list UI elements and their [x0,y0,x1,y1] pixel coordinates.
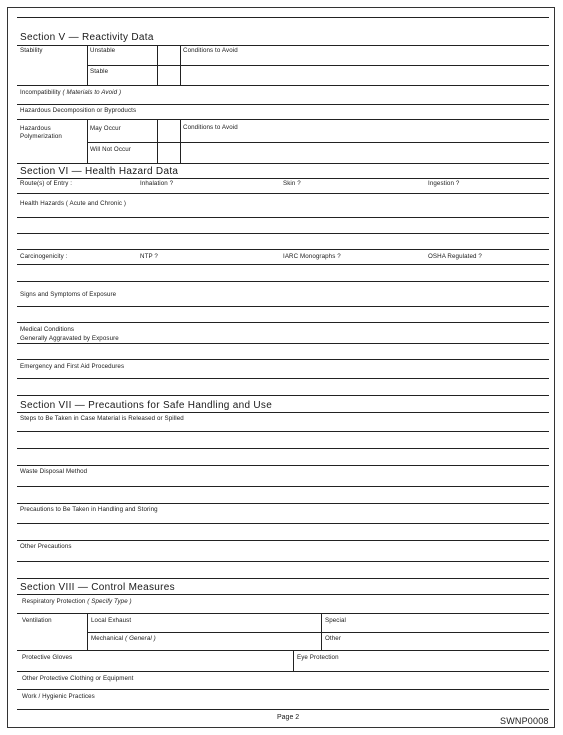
top-rule [17,17,549,18]
section-v-rule [17,45,549,46]
routes-of-entry-label: Route(s) of Entry : [20,180,72,187]
medical-rule [17,343,549,344]
respiratory-rule [17,613,549,614]
conditions-to-avoid-label-2: Conditions to Avoid [183,124,238,131]
unstable-checkbox-field[interactable] [158,46,180,65]
polymerization-col-divider-2 [157,119,158,163]
other-protective-clothing-label: Other Protective Clothing or Equipment [22,675,133,682]
emergency-first-aid-field[interactable] [17,371,549,395]
ingestion-label: Ingestion ? [428,180,459,187]
polymerization-conditions-field[interactable] [181,132,549,161]
skin-field[interactable] [305,179,420,191]
stability-label: Stability [20,47,43,54]
stable-checkbox-field[interactable] [158,66,180,85]
steps-line-2 [17,448,549,449]
health-hazards-line-2 [17,233,549,234]
ntp-label: NTP ? [140,253,158,260]
section-vii-title: Section VII — Precautions for Safe Handl… [20,400,272,411]
protective-gloves-field[interactable] [17,661,291,670]
health-hazards-line-3 [17,249,549,250]
hazardous-polymerization-label-1: Hazardous [20,125,51,132]
health-hazards-field[interactable] [17,208,549,248]
emergency-first-aid-label: Emergency and First Aid Procedures [20,363,124,370]
handling-storing-label: Precautions to Be Taken in Handling and … [20,506,158,513]
carcinogenicity-rule [17,264,549,265]
other-precautions-line-2 [17,578,549,579]
ntp-field[interactable] [165,251,275,263]
section-v-title: Section V — Reactivity Data [20,32,154,43]
work-hygienic-rule [17,709,549,710]
section-vii-rule [17,412,549,413]
other-precautions-field[interactable] [17,551,549,577]
carcinogenicity-label: Carcinogenicity : [20,253,67,260]
steps-line-3 [17,465,549,466]
signs-line-2 [17,322,549,323]
handling-line-1 [17,523,549,524]
mechanical-field[interactable] [89,642,319,649]
signs-symptoms-field[interactable] [17,299,549,321]
inhalation-field[interactable] [180,179,275,191]
stability-col-divider-2 [157,45,158,85]
waste-disposal-label: Waste Disposal Method [20,468,87,475]
stability-col-divider-3 [180,45,181,85]
other-precautions-line-1 [17,561,549,562]
waste-line-2 [17,503,549,504]
gloves-eye-divider [293,650,294,671]
clothing-rule [17,689,549,690]
local-exhaust-field[interactable] [89,624,319,632]
other-ventilation-label: Other [325,635,341,642]
stability-col-divider-1 [87,45,88,85]
ventilation-col-divider-2 [321,613,322,650]
carcinogenicity-line-2 [17,281,549,282]
stable-label: Stable [90,68,108,75]
special-label: Special [325,617,346,624]
polymerization-col-divider-3 [180,119,181,163]
stability-bottom-rule [17,85,549,86]
eye-protection-field[interactable] [295,661,549,670]
medical-conditions-field[interactable] [150,324,549,358]
osha-regulated-label: OSHA Regulated ? [428,253,482,260]
iarc-field[interactable] [355,251,425,263]
health-hazards-label: Health Hazards ( Acute and Chronic ) [20,200,126,207]
emergency-rule [17,378,549,379]
ventilation-bottom-rule [17,650,549,651]
protective-gloves-label: Protective Gloves [22,654,72,661]
medical-conditions-label-2: Generally Aggravated by Exposure [20,335,119,342]
hazardous-decomposition-label: Hazardous Decomposition or Byproducts [20,107,136,114]
unstable-label: Unstable [90,47,115,54]
ventilation-col-divider [87,613,88,650]
gloves-rule [17,671,549,672]
local-exhaust-rule [87,632,549,633]
respiratory-protection-label: Respiratory Protection ( Specify Type ) [22,598,132,605]
polymerization-col-divider-1 [87,119,88,163]
page-number: Page 2 [277,714,299,721]
hazardous-polymerization-label-2: Polymerization [20,133,62,140]
section-viii-rule [17,594,549,595]
medical-line-2 [17,359,549,360]
steps-spill-field[interactable] [17,423,549,465]
handling-line-2 [17,540,549,541]
local-exhaust-label: Local Exhaust [91,617,131,624]
may-occur-checkbox-field[interactable] [158,120,180,140]
hazardous-decomposition-field[interactable] [150,105,549,118]
eye-protection-label: Eye Protection [297,654,339,661]
polymerization-bottom-rule [17,163,549,164]
waste-line-1 [17,486,549,487]
signs-rule [17,306,549,307]
will-not-occur-checkbox-field[interactable] [158,143,180,162]
work-hygienic-label: Work / Hygienic Practices [22,693,95,700]
decomposition-rule [17,119,549,120]
form-code: SWNP0008 [500,716,549,726]
other-precautions-label: Other Precautions [20,543,72,550]
work-hygienic-field[interactable] [17,700,549,708]
signs-symptoms-label: Signs and Symptoms of Exposure [20,291,116,298]
osha-field[interactable] [495,251,549,263]
ventilation-label: Ventilation [22,617,52,624]
special-field[interactable] [323,624,549,632]
emergency-line-2 [17,395,549,396]
steps-line-1 [17,431,549,432]
medical-conditions-label-1: Medical Conditions [20,326,74,333]
conditions-to-avoid-label: Conditions to Avoid [183,47,238,54]
steps-spill-label: Steps to Be Taken in Case Material is Re… [20,415,184,422]
section-viii-title: Section VIII — Control Measures [20,582,175,593]
will-not-occur-label: Will Not Occur [90,146,131,153]
other-ventilation-field[interactable] [323,642,549,649]
iarc-monographs-label: IARC Monographs ? [283,253,341,260]
incompatibility-field[interactable] [17,96,549,104]
health-hazards-line-1 [17,217,549,218]
may-occur-label: May Occur [90,125,121,132]
stability-conditions-field[interactable] [181,55,549,84]
section-vi-title: Section VI — Health Hazard Data [20,166,178,177]
waste-disposal-field[interactable] [17,476,549,502]
ingestion-field[interactable] [465,179,549,191]
handling-storing-field[interactable] [17,514,549,540]
incompatibility-label: Incompatibility ( Materials to Avoid ) [20,89,121,96]
inhalation-label: Inhalation ? [140,180,173,187]
other-protective-clothing-field[interactable] [17,682,549,689]
routes-rule [17,193,549,194]
skin-label: Skin ? [283,180,301,187]
mechanical-label: Mechanical ( General ) [91,635,156,642]
respiratory-protection-field[interactable] [17,605,549,612]
